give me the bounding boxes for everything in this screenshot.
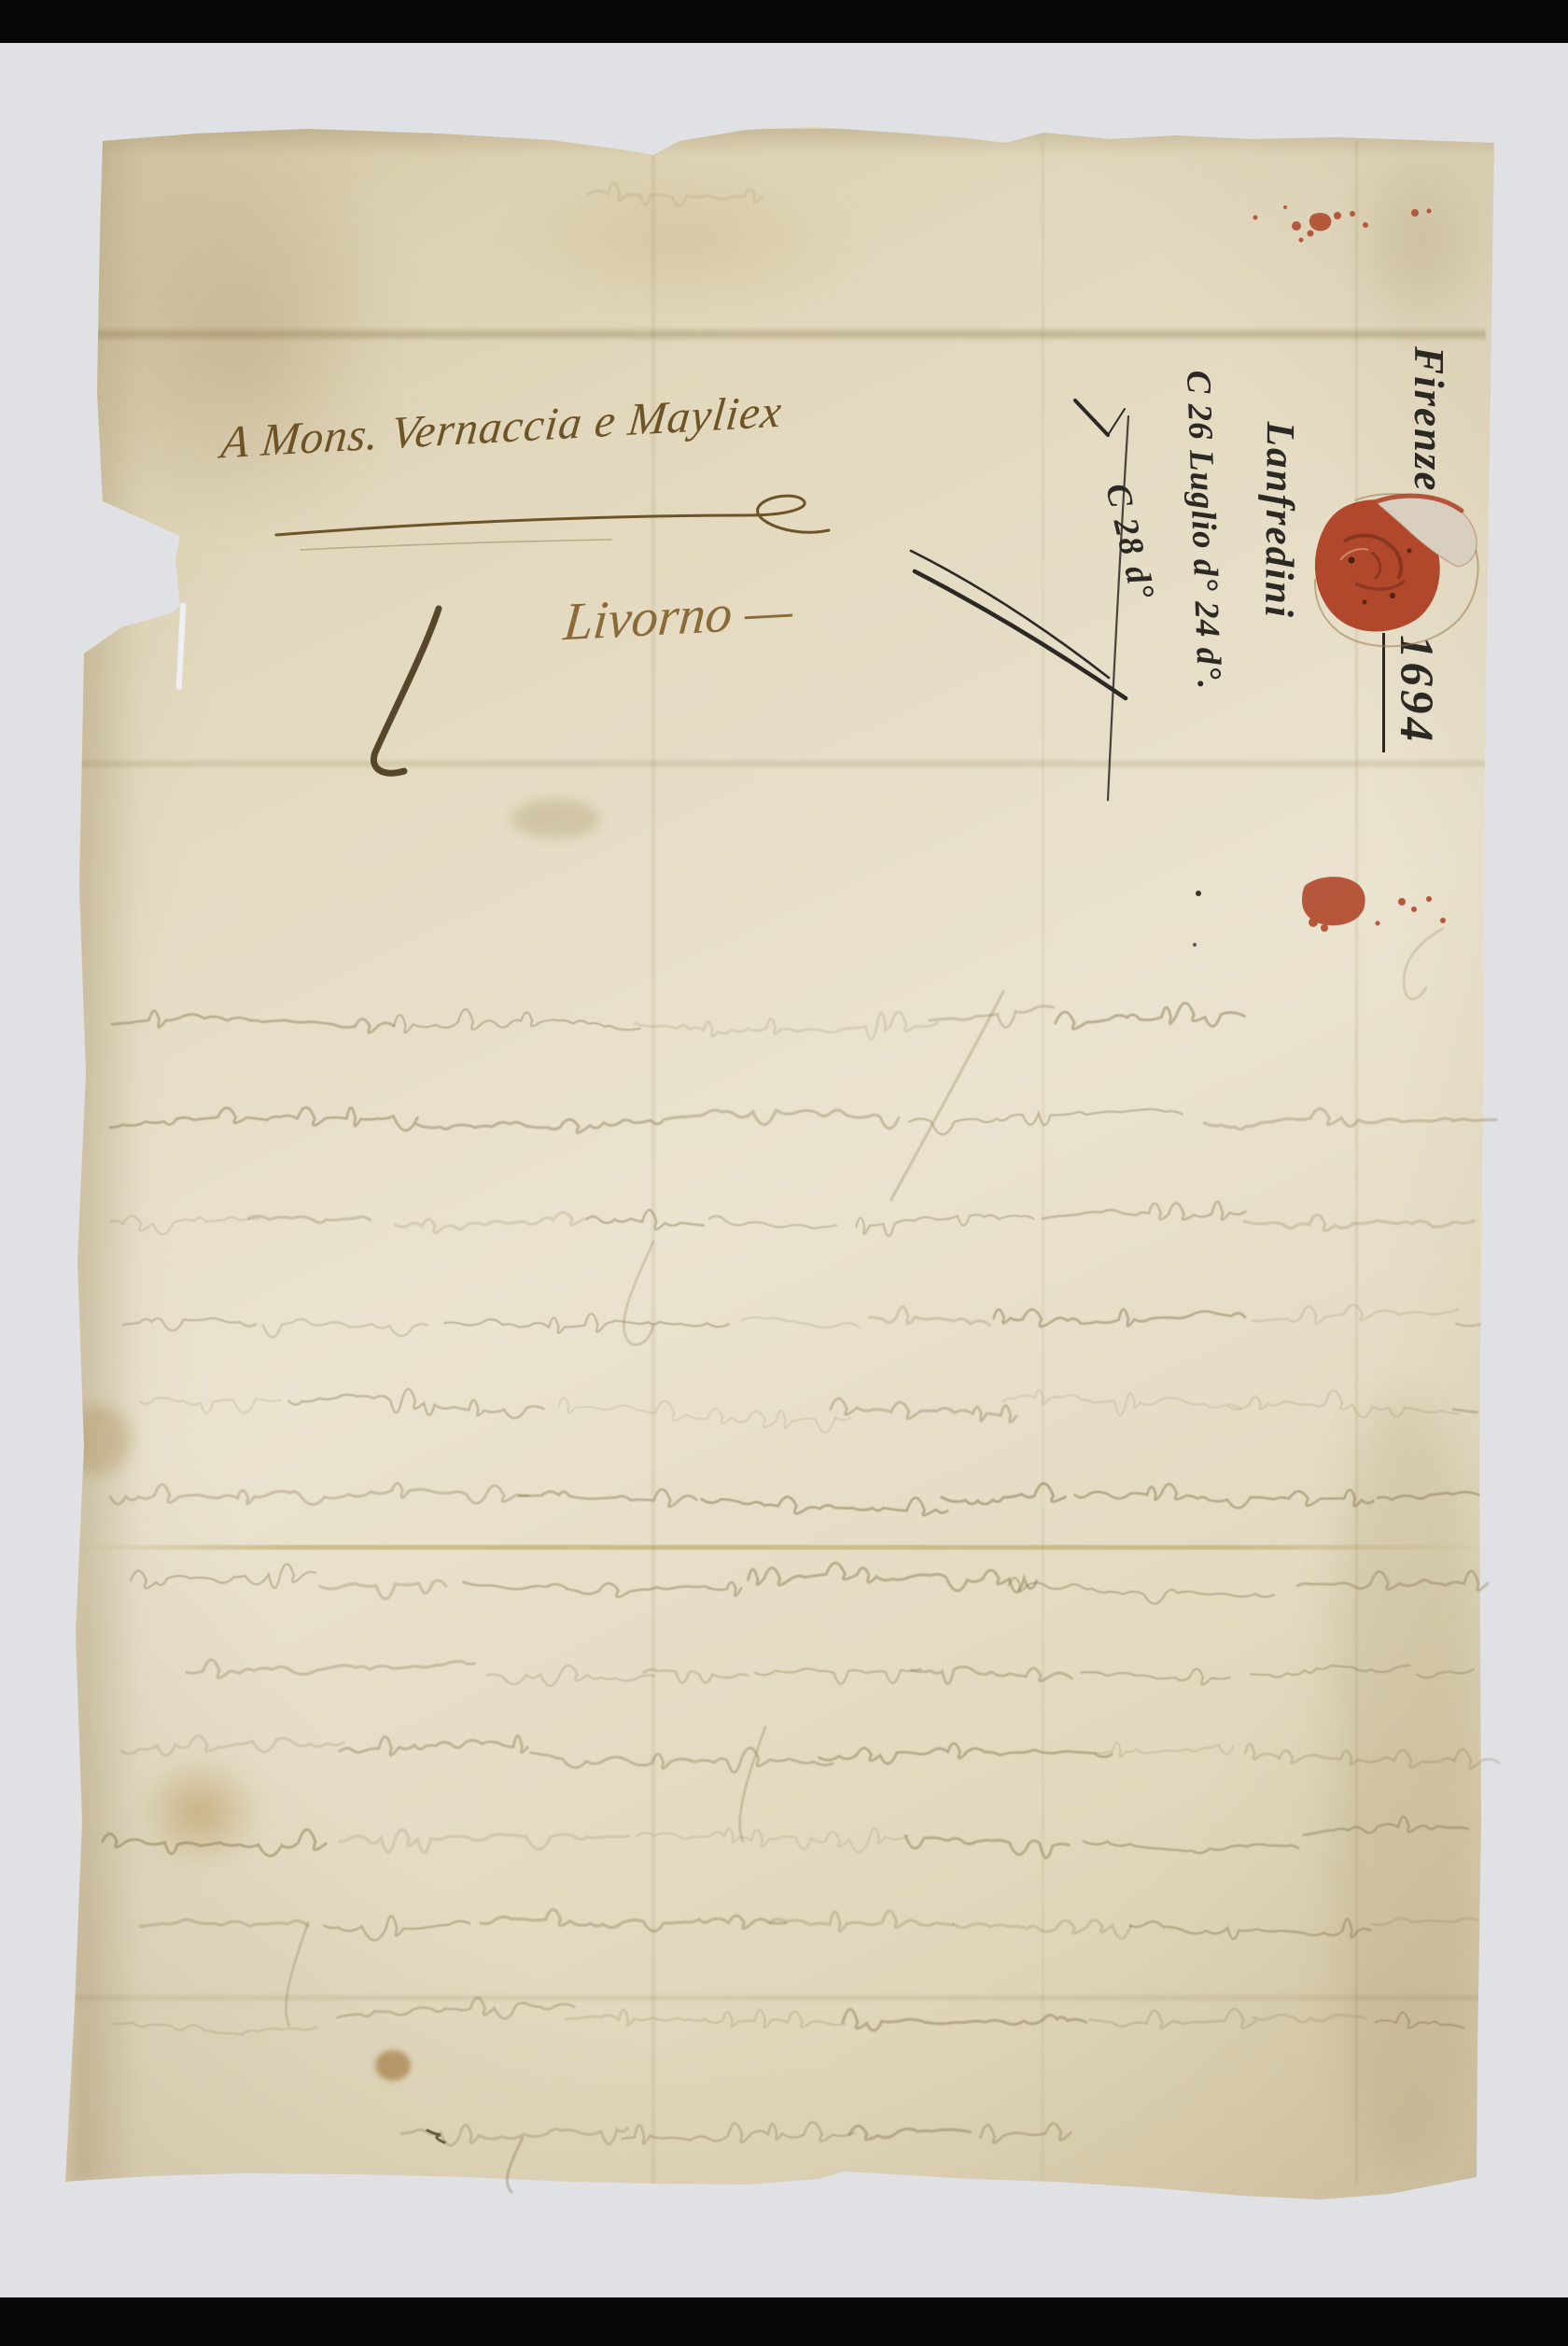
ghost-text-line bbox=[1417, 1669, 1474, 1678]
ghost-text-line bbox=[140, 1398, 280, 1413]
ghost-text-line bbox=[395, 1213, 584, 1233]
ghost-text-line bbox=[709, 1216, 836, 1229]
ghost-text-line bbox=[843, 2009, 1086, 2030]
ghost-text-line bbox=[1244, 1215, 1474, 1230]
ghost-text-line bbox=[140, 1919, 308, 1927]
ghost-text-line bbox=[644, 1669, 749, 1682]
ghost-text-line bbox=[1075, 1484, 1374, 1509]
ghost-text-line bbox=[1096, 1742, 1233, 1757]
ghost-text-line bbox=[340, 1830, 629, 1853]
ghost-text-line bbox=[338, 1998, 574, 2018]
ghost-text-line bbox=[637, 1829, 908, 1853]
ghost-text-line bbox=[566, 2010, 846, 2028]
ghost-text-line bbox=[131, 1564, 315, 1588]
ghost-text-line bbox=[588, 183, 762, 205]
ghost-text-line bbox=[770, 1911, 953, 1932]
ghost-text-line bbox=[1376, 2013, 1464, 2029]
ghost-text-line bbox=[324, 1916, 469, 1940]
ghost-text-line bbox=[1453, 1410, 1477, 1412]
ghost-text-line bbox=[819, 1744, 1112, 1764]
ink-and-seal-overlay bbox=[0, 0, 1568, 2346]
ghost-text-line bbox=[110, 1216, 259, 1235]
wax-specks-top bbox=[1253, 205, 1432, 243]
ghost-text-line bbox=[1228, 1391, 1459, 1417]
ghost-text-line bbox=[1378, 1492, 1478, 1499]
postal-slash-marks bbox=[911, 400, 1128, 800]
ghost-text-line bbox=[748, 1563, 1036, 1592]
ghost-text-line bbox=[1056, 1003, 1245, 1029]
red-wax-seal bbox=[1315, 494, 1478, 646]
ghost-text-line bbox=[1084, 1841, 1298, 1853]
ghost-text-line bbox=[869, 1307, 989, 1326]
ghost-text-line bbox=[444, 1313, 729, 1333]
ghost-text-line bbox=[394, 1009, 640, 1033]
paraph-mark bbox=[373, 609, 439, 773]
ghost-text-line bbox=[187, 1660, 474, 1678]
ghost-text-line bbox=[856, 1215, 1033, 1236]
ghost-text-line bbox=[741, 1317, 860, 1328]
ghost-text-line bbox=[1303, 1817, 1468, 1835]
ghost-text-line bbox=[942, 1483, 1066, 1504]
ghost-text-line bbox=[320, 1580, 446, 1599]
ghost-text-line bbox=[1245, 1744, 1499, 1768]
wax-smudge-middle bbox=[1302, 877, 1446, 932]
ghost-text-line bbox=[519, 1489, 696, 1507]
ghost-text-line bbox=[340, 1735, 527, 1755]
ghost-text-line bbox=[417, 1119, 663, 1132]
ghost-text-line bbox=[905, 1836, 1069, 1859]
ghost-text-line bbox=[112, 1011, 394, 1033]
ghost-text-line bbox=[1002, 1390, 1240, 1415]
ghost-text-line bbox=[622, 2122, 853, 2143]
ghost-text-line bbox=[954, 1920, 1131, 1939]
ghost-text-line bbox=[481, 1909, 785, 1931]
ghost-text-line bbox=[263, 1319, 427, 1337]
ghost-text-line bbox=[755, 1669, 921, 1684]
ghost-text-line bbox=[123, 1318, 256, 1330]
ghost-text-line bbox=[463, 1582, 741, 1597]
ghost-text-line bbox=[909, 1109, 1183, 1134]
ghost-text-line bbox=[1204, 1109, 1496, 1130]
ghost-text-line bbox=[1130, 1919, 1371, 1939]
ghost-text-line bbox=[110, 1484, 346, 1504]
ghost-text-line bbox=[1371, 1918, 1477, 1925]
ghost-text-line bbox=[121, 1736, 343, 1756]
ghost-text-line bbox=[248, 1216, 370, 1223]
scanned-letter-photo: A Mons. Vernaccia e Mayliex Livorno — Fi… bbox=[0, 0, 1568, 2346]
ghost-text-line bbox=[103, 1830, 326, 1856]
ghost-text-line bbox=[1081, 1669, 1229, 1685]
ghost-text-line bbox=[912, 1666, 1072, 1683]
ghost-text-line bbox=[635, 1012, 938, 1039]
ghost-text-line bbox=[1043, 1201, 1245, 1219]
ghost-text-line bbox=[487, 1665, 654, 1686]
ghost-text-line bbox=[531, 1748, 833, 1772]
ghost-text-line bbox=[1009, 1578, 1274, 1604]
ghost-text-line bbox=[288, 1389, 543, 1418]
ghost-text-line bbox=[994, 1309, 1245, 1327]
ghost-text-line bbox=[702, 1496, 948, 1515]
ghost-text-line bbox=[981, 2124, 1071, 2143]
ghost-text-line bbox=[849, 2126, 971, 2140]
ghost-text-line bbox=[1456, 1324, 1480, 1326]
ghost-text-line bbox=[1089, 2009, 1255, 2029]
ghost-text-line bbox=[587, 1210, 704, 1229]
ghost-text-line bbox=[401, 2125, 628, 2145]
ghost-text-line bbox=[1251, 1665, 1409, 1678]
ghost-text-line bbox=[1297, 1571, 1488, 1591]
ghost-text-line bbox=[348, 1483, 528, 1504]
ghost-text-line bbox=[664, 1110, 899, 1129]
bleed-through-ghost-text bbox=[103, 183, 1499, 2145]
dark-specks bbox=[427, 891, 1201, 2142]
address-ink-flourishes bbox=[276, 496, 829, 773]
ghost-text-line bbox=[1253, 1305, 1459, 1324]
ghost-text-line bbox=[1253, 2015, 1365, 2022]
ghost-text-line bbox=[558, 1398, 851, 1432]
ghost-text-line bbox=[831, 1398, 1017, 1422]
ghost-text-line bbox=[112, 2022, 316, 2034]
ghost-text-line bbox=[110, 1107, 417, 1131]
